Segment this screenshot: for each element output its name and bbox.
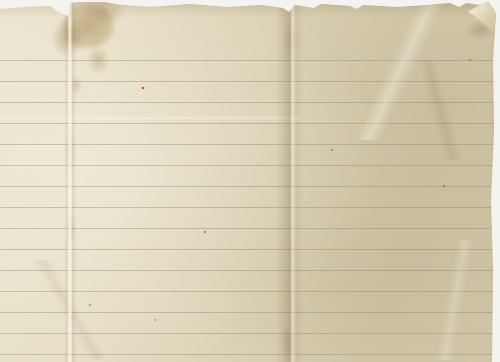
- right-edge-shadow: [490, 0, 500, 362]
- paper-sheet: [0, 0, 500, 362]
- age-speckles: [0, 0, 500, 362]
- scanner-background: [0, 0, 500, 362]
- torn-top-edge-shadow: [0, 0, 500, 18]
